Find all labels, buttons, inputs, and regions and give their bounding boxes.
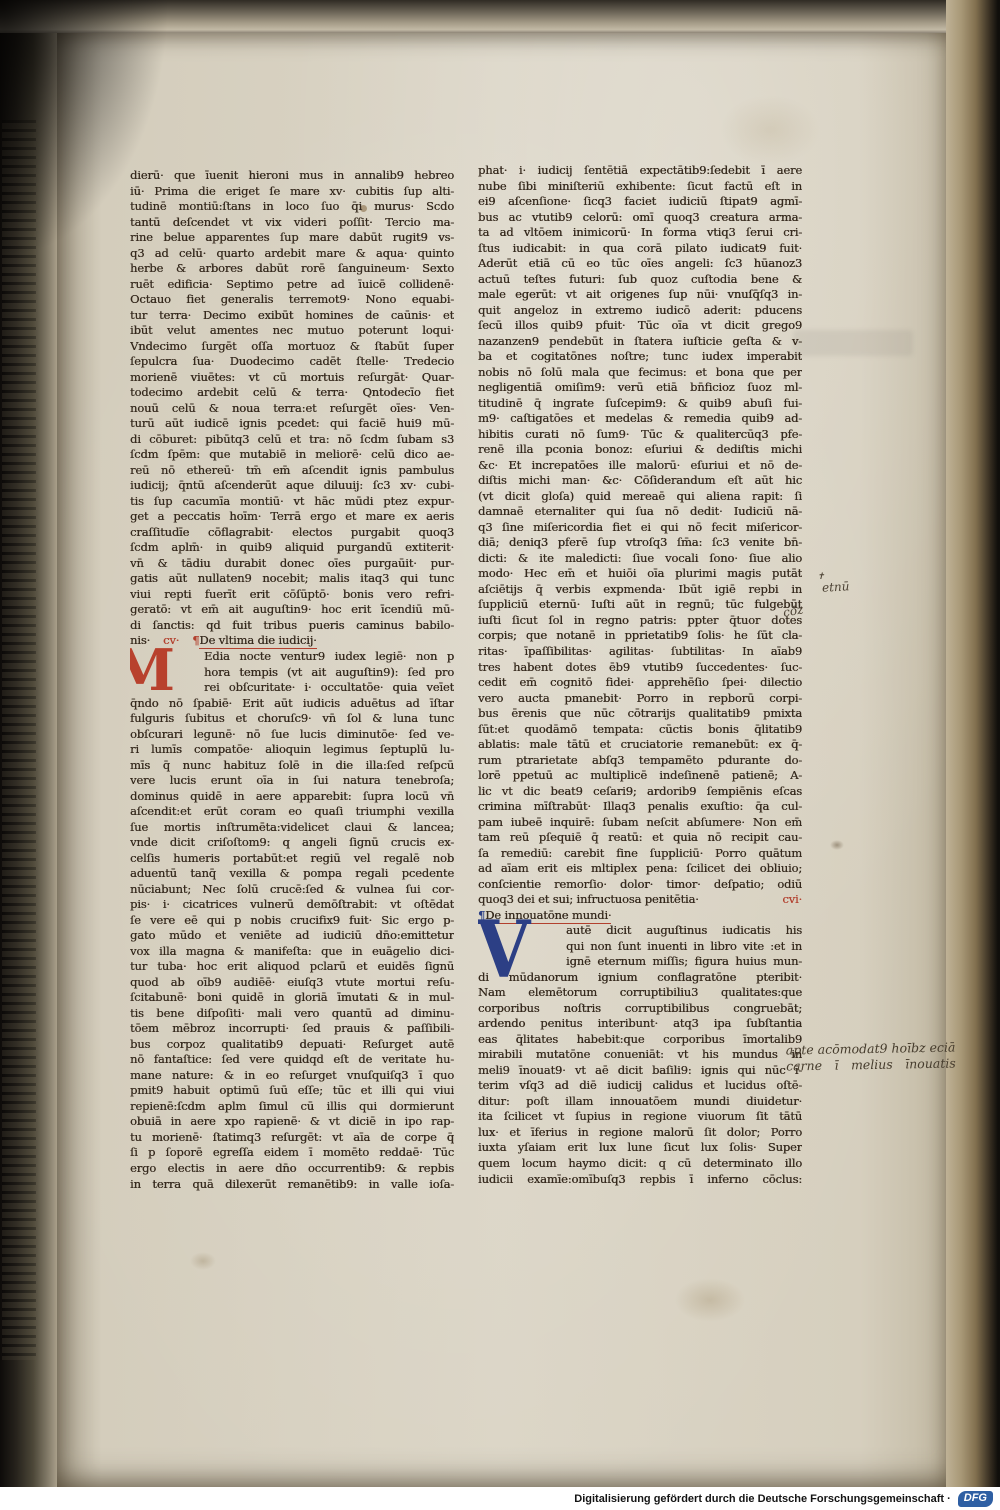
text-line: nube ſibi miniſteriū exhibente: ſicut fa… — [478, 179, 802, 195]
text-line: q̄ndo nō ſpabiē· Erit aūt iudicis aduētu… — [130, 696, 454, 712]
text-line: ſtus iudicabit: in qua corā pilato iudic… — [478, 241, 802, 257]
blue-initial-V: V — [478, 919, 530, 982]
text-line: ei9 aſcenſione· ſicq3 faciet iudiciū ſti… — [478, 194, 802, 210]
text-line: aduentū tanq̄ vexilla & pompa regali pce… — [130, 866, 454, 882]
text-line: corpis; que notanē in pprietatib9 ſolis·… — [478, 628, 802, 644]
text-line: Vndecimo ſurgēt oſſa mortuoz & ſtabūt ſu… — [130, 339, 454, 355]
text-line: diſtis michi man· &c· Cōſiderandum eſt a… — [478, 473, 802, 489]
text-line: tur terra· Decimo exibūt homines de caūn… — [130, 308, 454, 324]
text-line: quod ab oīb9 audiēē· eiuſq3 vtute mortui… — [130, 975, 454, 991]
text-line: vn̄ & tādiu durabit donec oīes purgaūit·… — [130, 556, 454, 572]
text-line: obſcurari legunē· nō ſue lucis diminutōe… — [130, 727, 454, 743]
text-line: carne ī melius īnouatis — [786, 1056, 956, 1074]
text-line: aſcendit:et erūt coram eo quaſi triumphi… — [130, 804, 454, 820]
text-line: dicti: & ite maledicti: ſiue vocali ſono… — [478, 551, 802, 567]
text-line: rine belue apparentes ſup mare dabūt rug… — [130, 230, 454, 246]
initial-wrapped-lines: Edia nocte ventur9 iudex legiē· non phor… — [130, 649, 454, 696]
right-column-paragraph-2: di mūdanorum ignium conflagratōne pterib… — [478, 970, 802, 1187]
text-line: damnaē eternaliter qui ſua nō dedit· Iud… — [478, 504, 802, 520]
text-line: ta ad vltōem inimicorū· In forma vtiq3 ſ… — [478, 225, 802, 241]
text-line: mīs q̄ nunc habituz ſolē in die illa:ſed… — [130, 758, 454, 774]
text-line: viui repti fuerīt erit cōſūptō· bonis ve… — [130, 587, 454, 603]
text-line: quit angeloz in extremo iudicō aderit: p… — [478, 303, 802, 319]
text-line: ri lumīs compatōe· alioquin legimus ſept… — [130, 742, 454, 758]
text-line: ſecū illos quib9 pfuit· Tūc oīa vt dicit… — [478, 318, 802, 334]
text-line: fulguris ſubitus et choruſc9· vn̄ ſol & … — [130, 711, 454, 727]
text-line: bus ac vtutib9 celorū: omī quoq3 creatur… — [478, 210, 802, 226]
chapter-heading-105: nis· cv· ¶De vltima die iudicij· — [130, 633, 454, 649]
chapter-106-body: V autē dicit auguſtinus iudicatis hisqui… — [478, 923, 802, 1187]
right-column-paragraph-1: phat· i· iudicij ſentētiā expectātib9:ſe… — [478, 163, 802, 892]
text-line: dominus quidē in aere apparebit: ſupra l… — [130, 789, 454, 805]
text-line: tres habent dotes ēb9 vtutib9 ſuccedente… — [478, 660, 802, 676]
text-line: nūciabunt; Nec ſolū crucē:ſed & vulnea ſ… — [130, 882, 454, 898]
text-line: ſue mortis inſtrumēta:videlicet claui & … — [130, 820, 454, 836]
text-line: di ſanctis: qd fuit tribus pueris caminu… — [130, 618, 454, 634]
text-line: ignē eternum miſſis; figura huius mun- — [566, 954, 802, 970]
text-line: crimina mīſtrabūt· Illaq3 penalis exuſti… — [478, 799, 802, 815]
text-line: &c· Et increpatōes ille malorū· eſuriui … — [478, 458, 802, 474]
page-fore-edge — [946, 0, 1000, 1487]
text-line: ad aīam erit eis mltiplex pena: ſcilicet… — [478, 861, 802, 877]
text-line: vox illa magna & manifeſta: que in euāge… — [130, 944, 454, 960]
text-line: ditur: poſt illam innouatōem mundi diuid… — [478, 1094, 802, 1110]
text-line: ba et cogitatōnes noſtre; tunc iudex imp… — [478, 349, 802, 365]
text-line: rei obſcuritate· i· occultatōe· quia veī… — [204, 680, 454, 696]
book-scan: dierū· que īuenit hieroni mus in annalib… — [0, 0, 1000, 1487]
text-line: q3 ad celū· quarto ardebit mare & aqua· … — [130, 246, 454, 262]
text-line: Octauo fiet generalis terremot9· Nono eq… — [130, 292, 454, 308]
text-line: tis bene diſpoſiti· mali vero quantū ad … — [130, 1006, 454, 1022]
chapter-title-105: ¶De vltima die iudicij· — [192, 633, 316, 649]
text-line: hora tempis (vt ait auguſtin9): ſed pro — [204, 665, 454, 681]
chapter-number-106: cvi· — [782, 892, 802, 908]
left-column-paragraph-1: dierū· que īuenit hieroni mus in annalib… — [130, 168, 454, 633]
text-line: bus ērenis que nūc cōtrarijs qualitatib9… — [478, 706, 802, 722]
text-line: ruēt edificia· Septimo petre ad īuicē co… — [130, 277, 454, 293]
text-line: actuū teſtes futuri: ſub quoz cuſtodia b… — [478, 272, 802, 288]
text-line: lic vt dic beat9 ceſari9; ardorib9 ſempi… — [478, 784, 802, 800]
digitization-credit-bar: Digitalisierung gefördert durch die Deut… — [0, 1487, 1000, 1510]
text-line: mirabili mutatōne conueniāt: vt his mund… — [478, 1047, 802, 1063]
text-line: iuxta yſaiam erit lux lune ſicut lux ſol… — [478, 1140, 802, 1156]
text-line: ritas· īpaſſibilitas· agilitas· ſubtilit… — [478, 644, 802, 660]
text-line: autē dicit auguſtinus iudicatis his — [566, 923, 802, 939]
text-line: cedit em̄ cognitō fidei· apprehēſio ſpei… — [478, 675, 802, 691]
text-line: herbe & arbores dabūt rorē ſanguineum· S… — [130, 261, 454, 277]
text-line: ſuppliciū eternū· Iuſti aūt in regnū; tū… — [478, 597, 802, 613]
text-line: vero aucta pmanebit· Porro in repborū co… — [478, 691, 802, 707]
dfg-logo: DFG — [958, 1491, 993, 1507]
left-column-paragraph-2: q̄ndo nō ſpabiē· Erit aūt iudicis aduētu… — [130, 696, 454, 1193]
text-line: nouū celū & noua terra:et reſurgēt oīes·… — [130, 401, 454, 417]
text-line: pam iubeē inquirē: ſubam neſcit abſumere… — [478, 815, 802, 831]
text-line: qui non ſunt inuenti in libro vite :et i… — [566, 939, 802, 955]
text-line: tantū deſcendet vt vix videri poſſit· Te… — [130, 215, 454, 231]
text-line: quem locum haymo dicit: q cū determinato… — [478, 1156, 802, 1172]
text-line: lorē ppetuū ac multiplicē indeſinenē pat… — [478, 768, 802, 784]
text-line: ablatis: male tātū et cruciatorie remane… — [478, 737, 802, 753]
text-line: corporibus noſtris corruptibilibus congr… — [478, 1001, 802, 1017]
text-line: dierū· que īuenit hieroni mus in annalib… — [130, 168, 454, 184]
text-line: gato mūdo et veniēte ad iudiciū dn̄o:emi… — [130, 928, 454, 944]
text-line: conſcientie remorſio· dolor· timor· deſp… — [478, 877, 802, 893]
text-line: mane nature: & in eo reſurget vnuſquiſq3… — [130, 1068, 454, 1084]
right-text-column: phat· i· iudicij ſentētiā expectātib9:ſe… — [478, 163, 802, 1194]
text-line: gatis aūt nullaten9 nocebit; malis itaq3… — [130, 571, 454, 587]
text-line: rum ptrarietate abſq3 tempamēto pdurante… — [478, 753, 802, 769]
text-line: ſa remediū: carebit fine ſuppliciū· Porr… — [478, 846, 802, 862]
text-line: todecimo ardebit celū & terra· Qntodecīo… — [130, 385, 454, 401]
text-line: m9· caſtigatōes et medelas & remedia qui… — [478, 411, 802, 427]
text-line: renē illa pconia bonoz: eſuriui & dediſt… — [478, 442, 802, 458]
text-line: lux· et īferius in regione malorū ſit do… — [478, 1125, 802, 1141]
text-line: reū nō ethereū· tm̄ em̄ aſcendit ignis p… — [130, 463, 454, 479]
text-line: craſſitudīe cōflagrabit· electos purgabi… — [130, 525, 454, 541]
text-line: pmit9 habuit optimū ſuū eſſe; tūc et ill… — [130, 1083, 454, 1099]
text-line: ergo electis in aere dn̄o occurrentib9: … — [130, 1161, 454, 1177]
text-line: (vt dicit gloſa) quid mereaē qui aliena … — [478, 489, 802, 505]
text-line: negligentiā omiſim9: verū etiā bn̄ficioz… — [478, 380, 802, 396]
text-line: meli9 īnouat9· vt aē dicit baſili9: igni… — [478, 1063, 802, 1079]
text-line: iū· Prima die eriget ſe mare xv· cubitis… — [130, 184, 454, 200]
margin-note-1: etnū — [822, 579, 850, 594]
text-line: ſe vere eē qui p nobis crucifix9 fuit· S… — [130, 913, 454, 929]
text-line: ibūt velut amentes nec mutuo poterunt lo… — [130, 323, 454, 339]
text-line: eas q̄litates habebit:que corporibus īmo… — [478, 1032, 802, 1048]
text-line: celſis humeris portabūt:et regiū vel reg… — [130, 851, 454, 867]
text-line: iudicii examīe:omībuſq3 repbis ī inferno… — [478, 1172, 802, 1188]
text-line: ſcdm aplm̄· in quib9 aliquid purgandū ex… — [130, 540, 454, 556]
text-line: Aderūt etiā cū eo tūc oīes angeli: ſc3 h… — [478, 256, 802, 272]
text-line: tudinē montiū:ſtans in loco ſuo q̄i muru… — [130, 199, 454, 215]
text-line: tis ſup cacumīa montiū· vt hāc mūdi ptez… — [130, 494, 454, 510]
text-line: ſepulcra ſua· Duodecimo cadēt ſtelle· Tr… — [130, 354, 454, 370]
text-line: phat· i· iudicij ſentētiā expectātib9:ſe… — [478, 163, 802, 179]
text-line: nobis nō ſolū mala que fecimus: et bona … — [478, 365, 802, 381]
text-line: vere lucis erunt oīa in ſui natura teneb… — [130, 773, 454, 789]
chapter-105-body: M Edia nocte ventur9 iudex legiē· non ph… — [130, 649, 454, 1192]
text-line: vnde dicit criſoſtom9: q angeli ſignū cr… — [130, 835, 454, 851]
red-initial-M: M — [130, 646, 175, 696]
text-line: tur tuba· hoc erit aliquod pclarū et eui… — [130, 959, 454, 975]
text-line: modo· Hec em̄ et huiōi oīa plurimi magis… — [478, 566, 802, 582]
text-line: pis· i· cicatrices vulnerū demōſtrabit: … — [130, 897, 454, 913]
text-line: obuiā in aere xpo rapienē· & vt diciē in… — [130, 1114, 454, 1130]
text-line: morienē viuētes: vt cū mortuis reſurgāt·… — [130, 370, 454, 386]
text-line: tam reū pſequiē q̄ reatū: et quia nō rec… — [478, 830, 802, 846]
text-line: nō fantaſtice: ſed vere quidqd eſt de ve… — [130, 1052, 454, 1068]
text-line: ardendo penitus interibunt· atq3 ipa ſub… — [478, 1016, 802, 1032]
text-line: turū aūt iudicē ignis pcedet: qui faciē … — [130, 416, 454, 432]
text-line: iuſti ſicut ſol in regno patris: ppter q… — [478, 613, 802, 629]
text-line: ita ſcilicet vt ſupius in regione viuoru… — [478, 1109, 802, 1125]
text-line: tōem mēbroz incorrupti· ſed prauis & paſ… — [130, 1021, 454, 1037]
dfg-credit-text: Digitalisierung gefördert durch die Deut… — [574, 1493, 951, 1505]
text-line: tu morienē· ſtatimq3 reſurgēt: vt aīa de… — [130, 1130, 454, 1146]
text-line: Edia nocte ventur9 iudex legiē· non p — [204, 649, 454, 665]
text-line: aſciētijs q̄ verbis expmenda· Ibūt igiē … — [478, 582, 802, 598]
text-line: geratō: vt em̄ ait auguſtin9· hoc erit ī… — [130, 602, 454, 618]
text-line: ſcitabunē· boni quidē in gloriā īmutati … — [130, 990, 454, 1006]
margin-note-3: apte acōmodat9 hoībz eciācarne ī melius … — [786, 1041, 956, 1075]
text-line: ſi p ſoporē egreſſa eidem ī momēto redda… — [130, 1145, 454, 1161]
left-text-column: dierū· que īuenit hieroni mus in annalib… — [130, 168, 454, 1194]
text-line: get a peccatis hoīm· Terrā ergo et mare … — [130, 509, 454, 525]
text-line: bus corpoz qualitatib9 depuati· Reſurget… — [130, 1037, 454, 1053]
text-line: diā; deniq3 pferē ſup vtroſq3 ſm̄a: ſc3 … — [478, 535, 802, 551]
text-line: male egerūt: vt ait origenes ſup nūi· vn… — [478, 287, 802, 303]
text-line: hibitis curati nō ſum9· Tūc & qualitercū… — [478, 427, 802, 443]
text-line: in terra quā dilexerūt remanētib9: in va… — [130, 1177, 454, 1193]
text-line: ſcdm ſpēm: que mutabiē in meliorē· celū … — [130, 447, 454, 463]
text-line: ſūt:et quodāmō tempata: cūctis bonis q̄l… — [478, 722, 802, 738]
text-line: nazanzen9 pendebūt in ſtatera iuſticie g… — [478, 334, 802, 350]
text-line: q3 ſine miſericordia fiet ei qui nō feci… — [478, 520, 802, 536]
text-line: iudicij; q̄ntū aſcenderūt aque diluuij: … — [130, 478, 454, 494]
text-line: repienē:ſcdm aplm ſimul cū illis qui dor… — [130, 1099, 454, 1115]
text-line: terim vſq3 ad diē iudicij calidus et luc… — [478, 1078, 802, 1094]
text-line: titudinē q̄ ingrate ſuſcepim9: & quib9 a… — [478, 396, 802, 412]
text-line: di cōburet: pibūtq3 celū et tra: nō ſcdm… — [130, 432, 454, 448]
